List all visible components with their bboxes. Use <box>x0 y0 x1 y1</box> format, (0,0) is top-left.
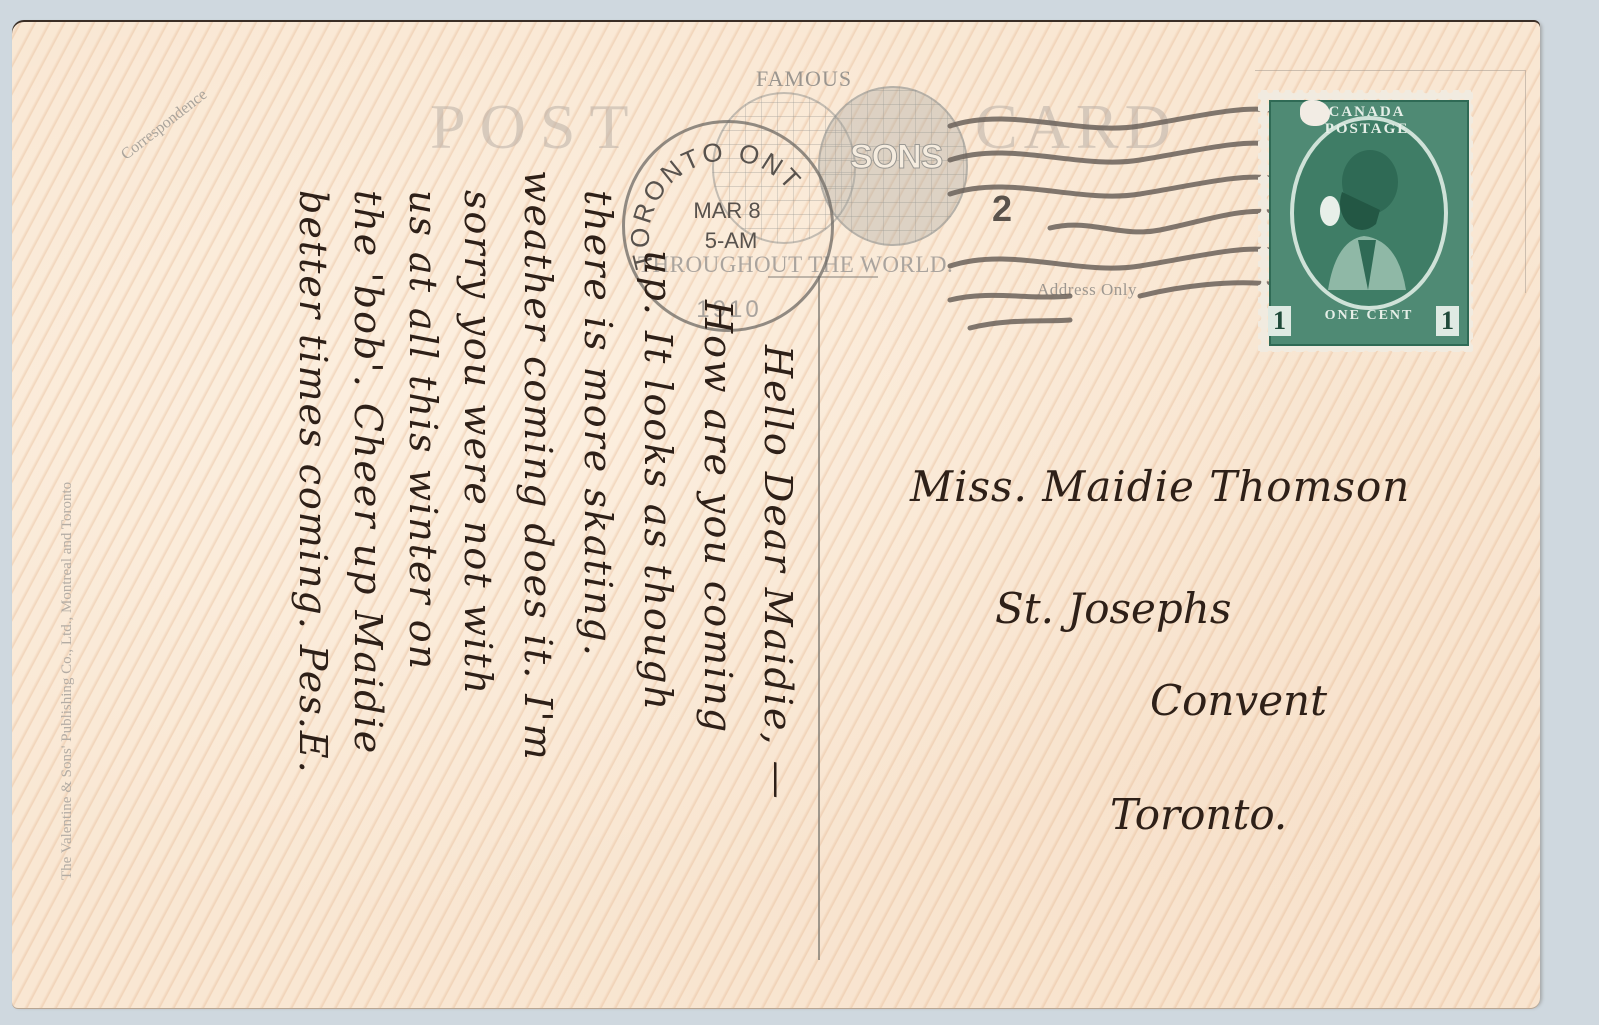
message-line: Hello Dear Maidie, — <box>756 345 800 801</box>
stamp-thin-spot <box>1320 196 1340 226</box>
cancel-number: 2 <box>992 188 1012 230</box>
message-line: there is more skating. <box>576 190 620 658</box>
publisher-imprint: The Valentine & Sons' Publishing Co., Lt… <box>58 482 77 880</box>
message-line: How are you coming <box>696 300 740 734</box>
stamp-value-left: 1 <box>1268 306 1291 336</box>
printed-heading-post: POST <box>430 90 643 164</box>
message-line: better times coming. Pes.E. <box>291 190 335 775</box>
address-line-recipient: Miss. Maidie Thomson <box>910 462 1410 511</box>
address-line-city: Toronto. <box>1110 790 1287 839</box>
message-line: up. It looks as though <box>636 250 680 712</box>
stamp-value-right: 1 <box>1436 306 1459 336</box>
correspondence-address-divider <box>818 276 820 960</box>
postmark-date: MAR 8 <box>662 198 792 224</box>
publisher-imprint-line: The Valentine & Sons' Publishing Co., Lt… <box>58 482 77 880</box>
message-line: sorry you were not with <box>456 190 500 696</box>
address-line-institution: St. Josephs <box>995 584 1231 633</box>
message-line: us at all this winter on <box>401 190 445 671</box>
stamp-denomination: ONE CENT <box>1314 308 1424 324</box>
publisher-banner-top: FAMOUS <box>756 66 852 92</box>
address-line-institution-2: Convent <box>1150 676 1327 725</box>
stamp-tear <box>1300 100 1330 126</box>
postmark-time: 5-AM <box>666 228 796 254</box>
message-line: weather coming does it. I'm <box>516 170 560 762</box>
wavy-cancel-lines <box>940 96 1270 336</box>
publisher-logo: SONS <box>850 138 942 177</box>
message-line: the 'bob'. Cheer up Maidie <box>346 190 390 755</box>
